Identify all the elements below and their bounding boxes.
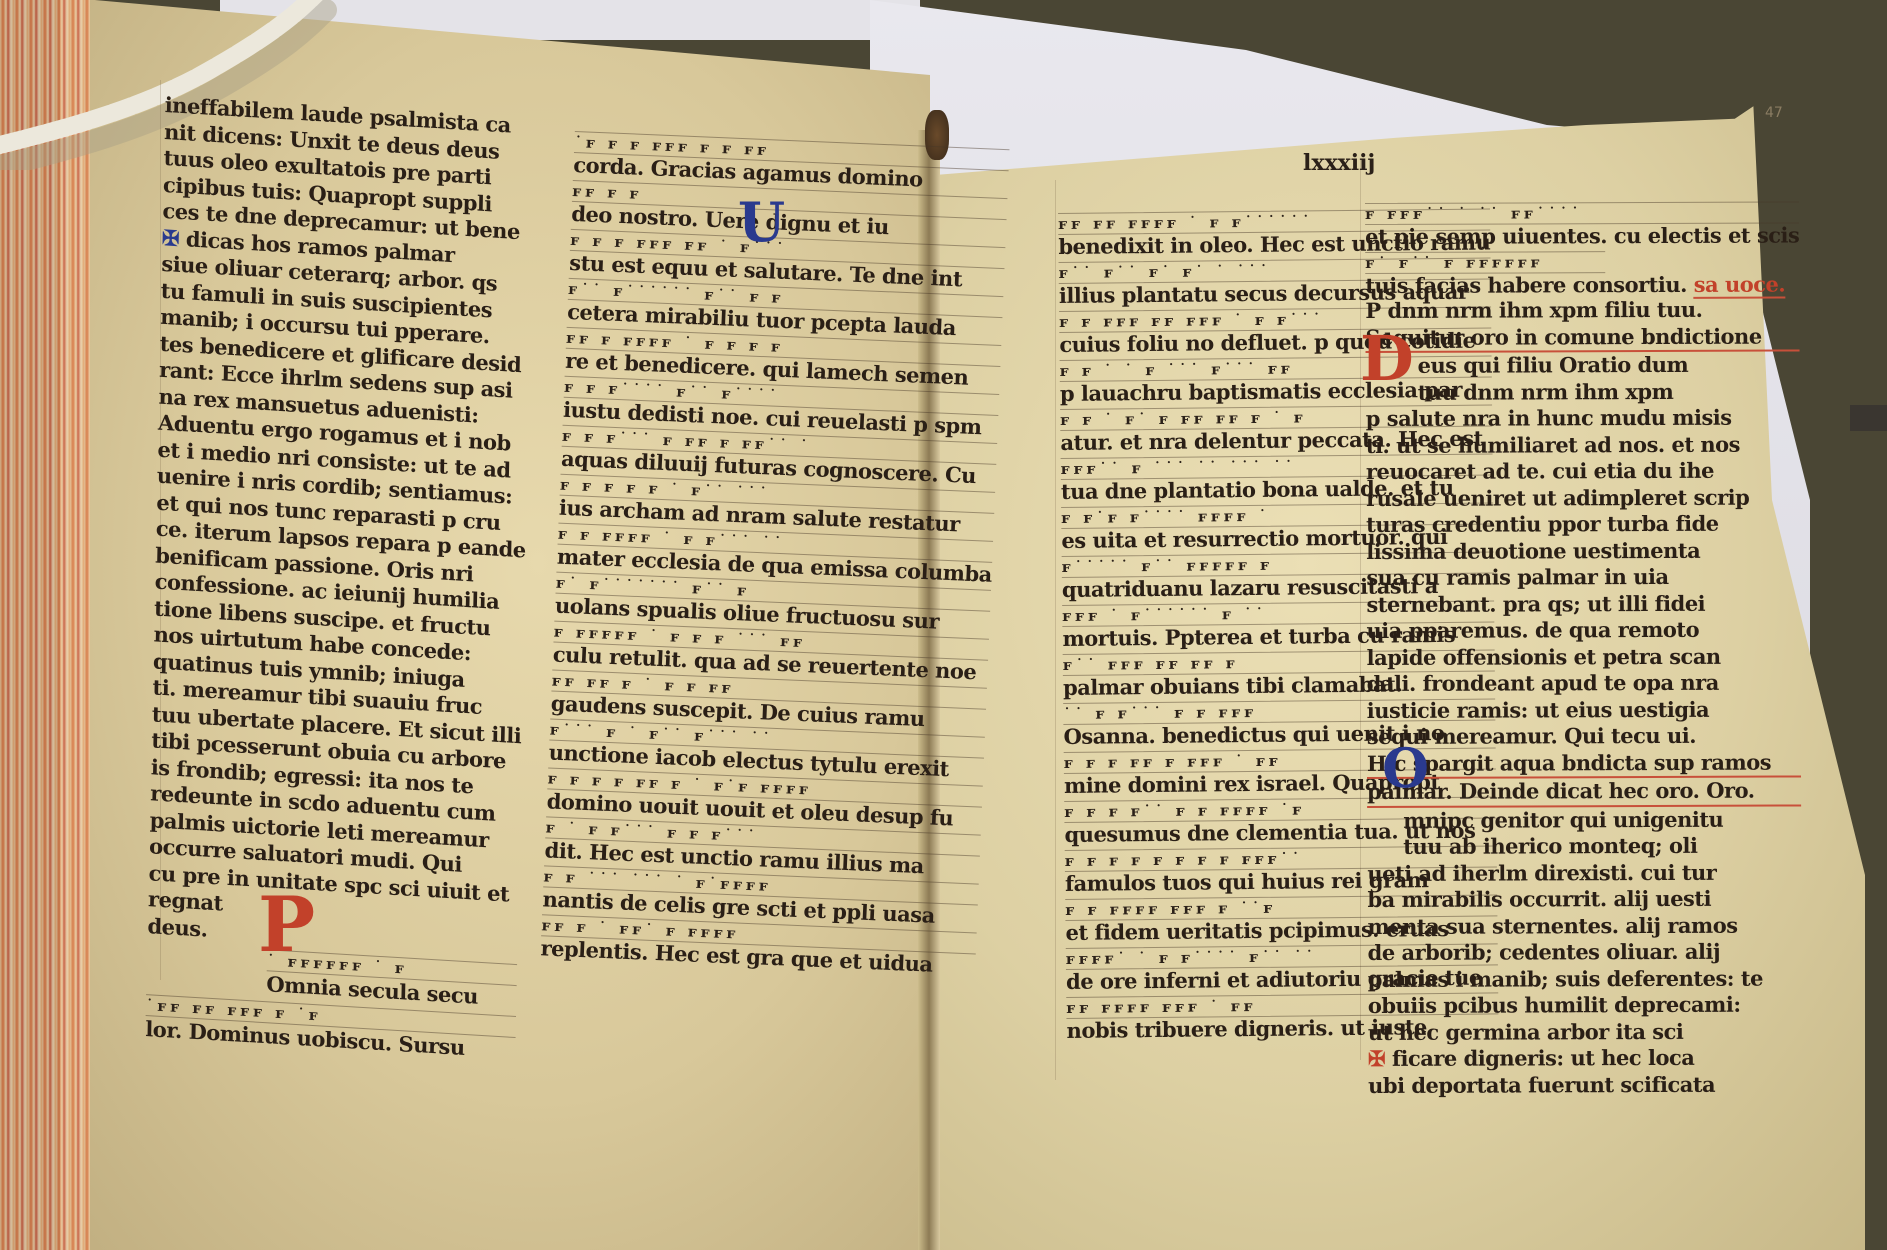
text-line: sternebant. pra qs; ut illi fidei	[1366, 590, 1800, 618]
text-line: rusale ueniret ut adimpleret scrip	[1366, 484, 1800, 512]
text-line: reuocaret ad te. cui etia du ihe	[1366, 457, 1800, 485]
text-line: ubi deportata fuerunt scificata	[1368, 1071, 1802, 1099]
right-page-column-2: ꜰ ꜰꜰꜰ˙˙ ˙ ˙˙ ꜰꜰ˙˙˙˙ et pie semp uiuentes…	[1365, 198, 1802, 1099]
text-line: tuu dnm nrm ihm xpm	[1366, 378, 1800, 406]
text-line: iusticie ramis: ut eius uestigia	[1367, 696, 1801, 724]
text-line: ba mirabilis occurrit. alij uesti	[1367, 885, 1801, 913]
folio-number: lxxxiij	[1303, 150, 1375, 176]
text-line: palmas i manib; suis deferentes: te	[1368, 965, 1802, 993]
text-line: ut hec germina arbor ita sci	[1368, 1018, 1802, 1046]
text-line: et pie semp uiuentes. cu electis et scis	[1365, 223, 1799, 249]
text-line: eus qui filiu Oratio dum	[1366, 351, 1800, 379]
text-line: dali. frondeant apud te opa nra	[1367, 669, 1801, 697]
rubric-line: Hic spargit aqua bndicta sup ramos	[1367, 749, 1801, 779]
music-staff: ꜰ ꜰꜰꜰ˙˙ ˙ ˙˙ ꜰꜰ˙˙˙˙	[1365, 201, 1799, 225]
text-line: tuu ab iherico monteq; oli	[1367, 832, 1801, 860]
text-line: ueti ad iherlm direxisti. cui tur	[1367, 859, 1801, 887]
text-line: P dnm nrm ihm xpm filiu tuu.	[1365, 296, 1799, 324]
book-fore-edge	[0, 0, 90, 1250]
left-page-column-1: ineffabilem laude psalmista ca nit dicen…	[145, 92, 535, 1064]
text-line: ti. ut se humiliaret ad nos. et nos	[1366, 431, 1800, 459]
red-initial-D: D	[1360, 322, 1414, 395]
text-line: obuiis pcibus humilit deprecami:	[1368, 991, 1802, 1019]
text-line: uia pparemus. de qua remoto	[1366, 616, 1800, 644]
rubric-line: Sequitur oro in comune bndictione	[1365, 323, 1799, 353]
text-line: turas credentiu ppor turba fide	[1366, 510, 1800, 538]
rubric-submissa: sa uoce.	[1694, 272, 1786, 299]
pencil-foliation: 47	[1765, 105, 1783, 121]
text-line: mnipc genitor qui unigenitu	[1367, 806, 1801, 834]
text-line: p salute nra in hunc mudu misis	[1366, 404, 1800, 432]
red-cross-icon: ✠	[1368, 1046, 1385, 1071]
text-line: lissima deuotione uestimenta	[1366, 537, 1800, 565]
ruling-line	[1055, 180, 1056, 1080]
rubric-line: palmar. Deinde dicat hec oro. Oro.	[1367, 777, 1801, 807]
text-line: ✠ ficare digneris: ut hec loca	[1368, 1044, 1802, 1072]
text-line: lapide offensionis et petra scan	[1367, 643, 1801, 671]
page-weight-clip	[1850, 405, 1887, 431]
red-initial-P: P	[258, 880, 315, 969]
blue-cross-icon: ✠	[162, 224, 180, 250]
text-line: de arborib; cedentes oliuar. alij	[1368, 938, 1802, 966]
text-line-content: ficare digneris: ut hec loca	[1392, 1045, 1695, 1071]
text-line: menta sua sternentes. alij ramos	[1367, 912, 1801, 940]
text-line: sua cu ramis palmar in uia	[1366, 563, 1800, 591]
music-staff: ꜰ˙ ꜰ˙˙ ꜰ ꜰꜰꜰꜰꜰꜰ	[1365, 251, 1605, 274]
text-line: tuis facias habere consortiu. sa uoce.	[1365, 272, 1799, 298]
text-line: sequi mereamur. Qui tecu ui.	[1367, 722, 1801, 750]
blue-initial-O: O	[1382, 736, 1429, 800]
text-line-content: tuis facias habere consortiu.	[1365, 272, 1687, 298]
left-page-column-2: ˙ꜰ ꜰ ꜰ ꜰꜰꜰ ꜰ ꜰ ꜰꜰ corda. Gracias agamus …	[540, 128, 1010, 978]
blue-initial-U: U	[738, 190, 785, 254]
